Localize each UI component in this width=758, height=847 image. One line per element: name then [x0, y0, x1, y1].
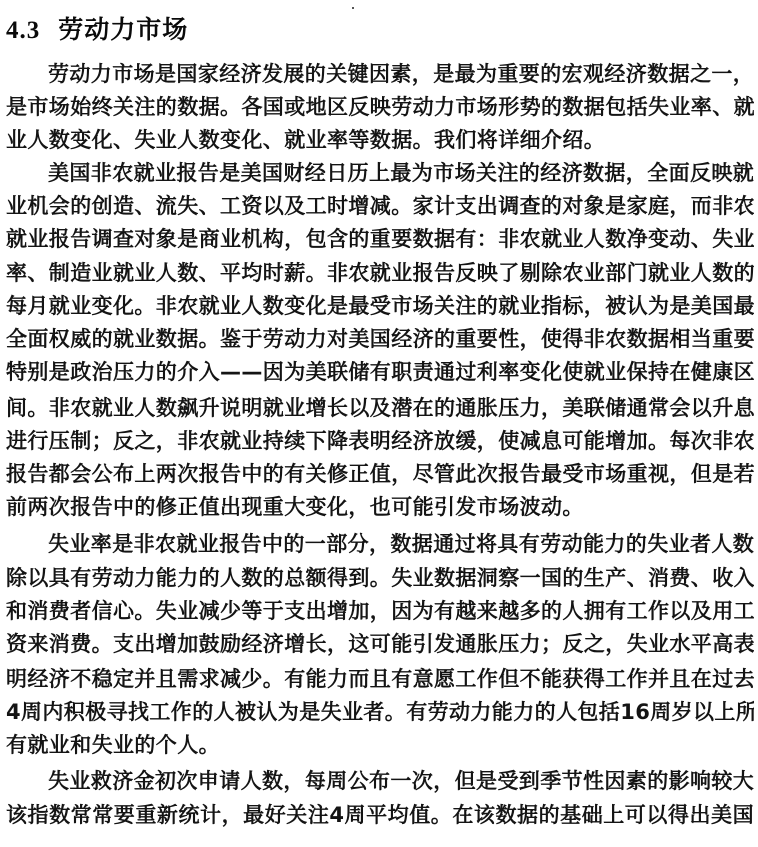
- text-line: 失业救济金初次申请人数，每周公布一次，但是受到季节性因素的影响较大，: [48, 767, 754, 797]
- text-line: 除以具有劳动力能力的人数的总额得到。失业数据洞察一国的生产、消费、收入: [6, 564, 754, 594]
- text-line: 失业率是非农就业报告中的一部分，数据通过将具有劳动能力的失业者人数: [48, 530, 754, 560]
- text-line: 间。非农就业人数飙升说明就业增长以及潜在的通胀压力，美联储通常会以升息: [6, 394, 754, 424]
- text-line: 该指数常常要重新统计，最好关注4周平均值。在该数据的基础上可以得出美国: [6, 801, 754, 831]
- text-line: 4周内积极寻找工作的人被认为是失业者。有劳动力能力的人包括16周岁以上所: [6, 698, 754, 728]
- text-line: 明经济不稳定并且需求减少。有能力而且有意愿工作但不能获得工作并且在过去: [6, 665, 754, 695]
- text-line: 每月就业变化。非农就业人数变化是最受市场关注的就业指标，被认为是美国最: [6, 292, 754, 322]
- section-title: 劳动力市场: [58, 15, 188, 44]
- text-line: 进行压制；反之，非农就业持续下降表明经济放缓，使减息可能增加。每次非农: [6, 427, 754, 457]
- text-line: 是市场始终关注的数据。各国或地区反映劳动力市场形势的数据包括失业率、就: [6, 93, 754, 123]
- text-line: 特别是政治压力的介入——因为美联储有职责通过利率变化使就业保持在健康区: [6, 358, 754, 388]
- text-line: 美国非农就业报告是美国财经日历上最为市场关注的经济数据，全面反映就: [48, 159, 754, 189]
- text-line: 报告都会公布上两次报告中的有关修正值，尽管此次报告最受市场重视，但是若: [6, 460, 754, 490]
- text-line: 全面权威的就业数据。鉴于劳动力对美国经济的重要性，使得非农数据相当重要。: [6, 325, 754, 355]
- text-line: 劳动力市场是国家经济发展的关键因素，是最为重要的宏观经济数据之一，: [48, 60, 754, 90]
- section-number: 4.3: [6, 17, 40, 44]
- text-line: 有就业和失业的个人。: [6, 731, 754, 761]
- text-line: 率、制造业就业人数、平均时薪。非农就业报告反映了剔除农业部门就业人数的: [6, 259, 754, 289]
- text-line: 业机会的创造、流失、工资以及工时增减。家计支出调查的对象是家庭，而非农: [6, 192, 754, 222]
- text-line: 就业报告调查对象是商业机构，包含的重要数据有：非农就业人数净变动、失业: [6, 225, 754, 255]
- scan-speck: [352, 7, 354, 9]
- text-line: 前两次报告中的修正值出现重大变化，也可能引发市场波动。: [6, 493, 754, 523]
- text-line: 资来消费。支出增加鼓励经济增长，这可能引发通胀压力；反之，失业水平高表: [6, 630, 754, 660]
- text-line: 业人数变化、失业人数变化、就业率等数据。我们将详细介绍。: [6, 126, 754, 156]
- text-line: 和消费者信心。失业减少等于支出增加，因为有越来越多的人拥有工作以及用工: [6, 597, 754, 627]
- section-heading: 4.3劳动力市场: [6, 10, 188, 46]
